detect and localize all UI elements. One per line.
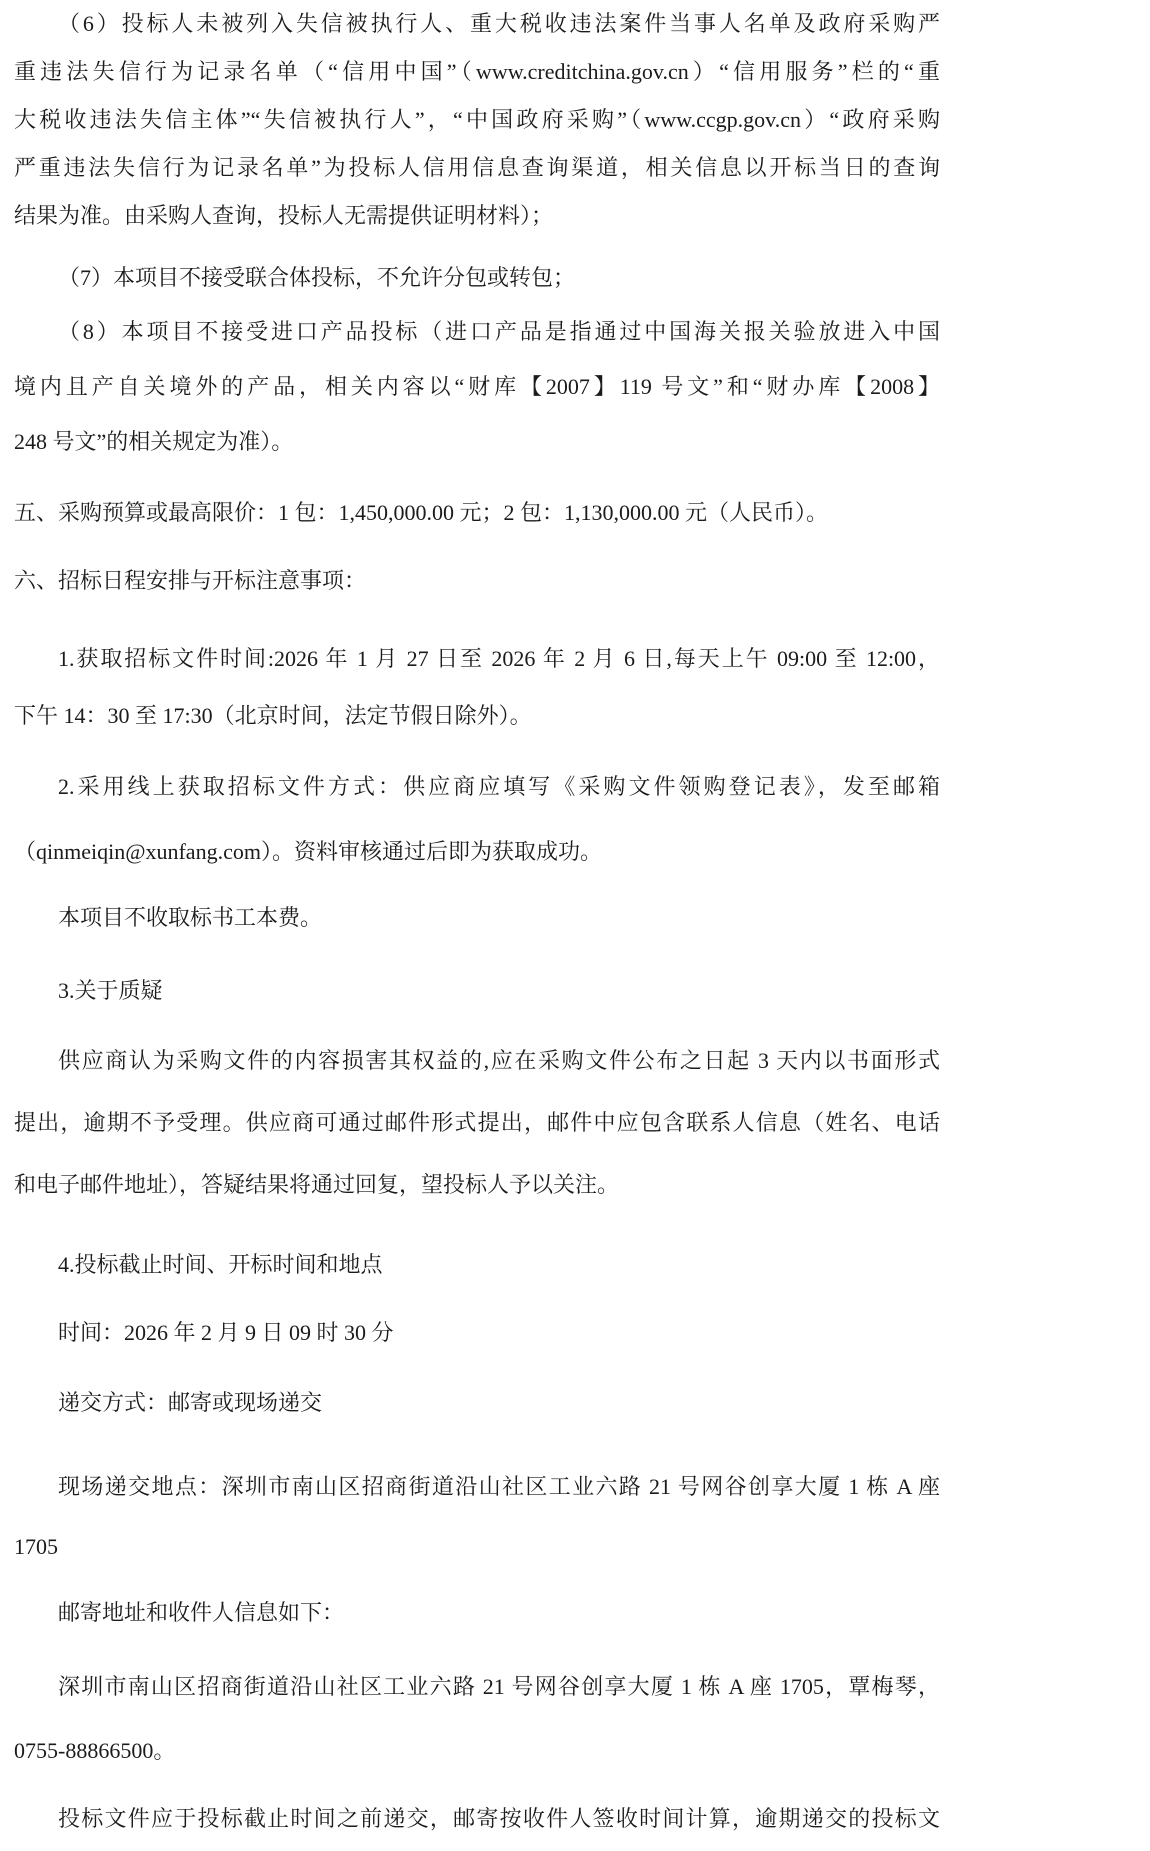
paragraph-section-5-budget: 五、采购预算或最高限价：1 包：1,450,000.00 元；2 包：1,130… (14, 489, 940, 537)
paragraph-2-online-obtain: 2.采用线上获取招标文件方式：供应商应填写《采购文件领购登记表》，发至邮箱（qi… (14, 754, 940, 884)
paragraph-mail-address-intro: 邮寄地址和收件人信息如下： (14, 1589, 940, 1637)
document-body: （6）投标人未被列入失信被执行人、重大税收违法案件当事人名单及政府采购严重违法失… (14, 0, 940, 1843)
doc-line: 3.关于质疑 (14, 967, 940, 1015)
doc-line: 境内且产自关境外的产品，相关内容以“财库【2007】119 号文”和“财办库【2… (14, 359, 940, 414)
doc-line: （qinmeiqin@xunfang.com）。资料审核通过后即为获取成功。 (14, 819, 940, 884)
doc-line: 1.获取招标文件时间:2026 年 1 月 27 日至 2026 年 2 月 6… (14, 630, 940, 687)
paragraph-1-doc-time: 1.获取招标文件时间:2026 年 1 月 27 日至 2026 年 2 月 6… (14, 630, 940, 744)
doc-line: 下午 14：30 至 17:30（北京时间，法定节假日除外）。 (14, 687, 940, 744)
paragraph-3-inquiry-title: 3.关于质疑 (14, 967, 940, 1015)
paragraph-item-8: （8）本项目不接受进口产品投标（进口产品是指通过中国海关报关验放进入中国境内且产… (14, 304, 940, 469)
paragraph-delivery-method: 递交方式：邮寄或现场递交 (14, 1379, 940, 1427)
doc-line: 本项目不收取标书工本费。 (14, 894, 940, 942)
doc-line: 邮寄地址和收件人信息如下： (14, 1589, 940, 1637)
doc-line: 递交方式：邮寄或现场递交 (14, 1379, 940, 1427)
paragraph-inquiry-body: 供应商认为采购文件的内容损害其权益的,应在采购文件公布之日起 3 天内以书面形式… (14, 1030, 940, 1216)
paragraph-no-fee: 本项目不收取标书工本费。 (14, 894, 940, 942)
doc-line: 大税收违法失信主体”“失信被执行人”，“中国政府采购”（www.ccgp.gov… (14, 96, 940, 144)
paragraph-onsite-address: 现场递交地点：深圳市南山区招商街道沿山社区工业六路 21 号网谷创享大厦 1 栋… (14, 1457, 940, 1577)
paragraph-4-deadline-title: 4.投标截止时间、开标时间和地点 (14, 1241, 940, 1289)
doc-line: 结果为准。由采购人查询，投标人无需提供证明材料）； (14, 192, 940, 240)
doc-line: 深圳市南山区招商街道沿山社区工业六路 21 号网谷创享大厦 1 栋 A 座 17… (14, 1655, 940, 1719)
paragraph-section-6-schedule: 六、招标日程安排与开标注意事项： (14, 557, 940, 605)
doc-line: （6）投标人未被列入失信被执行人、重大税收违法案件当事人名单及政府采购严 (14, 0, 940, 48)
doc-line: （7）本项目不接受联合体投标，不允许分包或转包； (14, 254, 940, 302)
doc-line: 严重违法失信行为记录名单”为投标人信用信息查询渠道，相关信息以开标当日的查询 (14, 144, 940, 192)
doc-line: 现场递交地点：深圳市南山区招商街道沿山社区工业六路 21 号网谷创享大厦 1 栋… (14, 1457, 940, 1517)
doc-line: 4.投标截止时间、开标时间和地点 (14, 1241, 940, 1289)
doc-line: 2.采用线上获取招标文件方式：供应商应填写《采购文件领购登记表》，发至邮箱 (14, 754, 940, 819)
doc-line: 0755-88866500。 (14, 1719, 940, 1783)
paragraph-item-6: （6）投标人未被列入失信被执行人、重大税收违法案件当事人名单及政府采购严重违法失… (14, 0, 940, 240)
doc-line: 1705 (14, 1517, 940, 1577)
doc-line: 和电子邮件地址），答疑结果将通过回复，望投标人予以关注。 (14, 1154, 940, 1216)
doc-line: 六、招标日程安排与开标注意事项： (14, 557, 940, 605)
doc-line: 投标文件应于投标截止时间之前递交，邮寄按收件人签收时间计算，逾期递交的投标文 (14, 1795, 940, 1843)
doc-line: （8）本项目不接受进口产品投标（进口产品是指通过中国海关报关验放进入中国 (14, 304, 940, 359)
doc-line: 重违法失信行为记录名单（“信用中国”（www.creditchina.gov.c… (14, 48, 940, 96)
paragraph-deadline-time: 时间：2026 年 2 月 9 日 09 时 30 分 (14, 1309, 940, 1357)
paragraph-mail-address: 深圳市南山区招商街道沿山社区工业六路 21 号网谷创享大厦 1 栋 A 座 17… (14, 1655, 940, 1783)
doc-line: 供应商认为采购文件的内容损害其权益的,应在采购文件公布之日起 3 天内以书面形式 (14, 1030, 940, 1092)
doc-line: 时间：2026 年 2 月 9 日 09 时 30 分 (14, 1309, 940, 1357)
paragraph-submission-note: 投标文件应于投标截止时间之前递交，邮寄按收件人签收时间计算，逾期递交的投标文 (14, 1795, 940, 1843)
doc-line: 提出，逾期不予受理。供应商可通过邮件形式提出，邮件中应包含联系人信息（姓名、电话 (14, 1092, 940, 1154)
doc-line: 五、采购预算或最高限价：1 包：1,450,000.00 元；2 包：1,130… (14, 489, 940, 537)
doc-line: 248 号文”的相关规定为准）。 (14, 414, 940, 469)
paragraph-item-7: （7）本项目不接受联合体投标，不允许分包或转包； (14, 254, 940, 302)
